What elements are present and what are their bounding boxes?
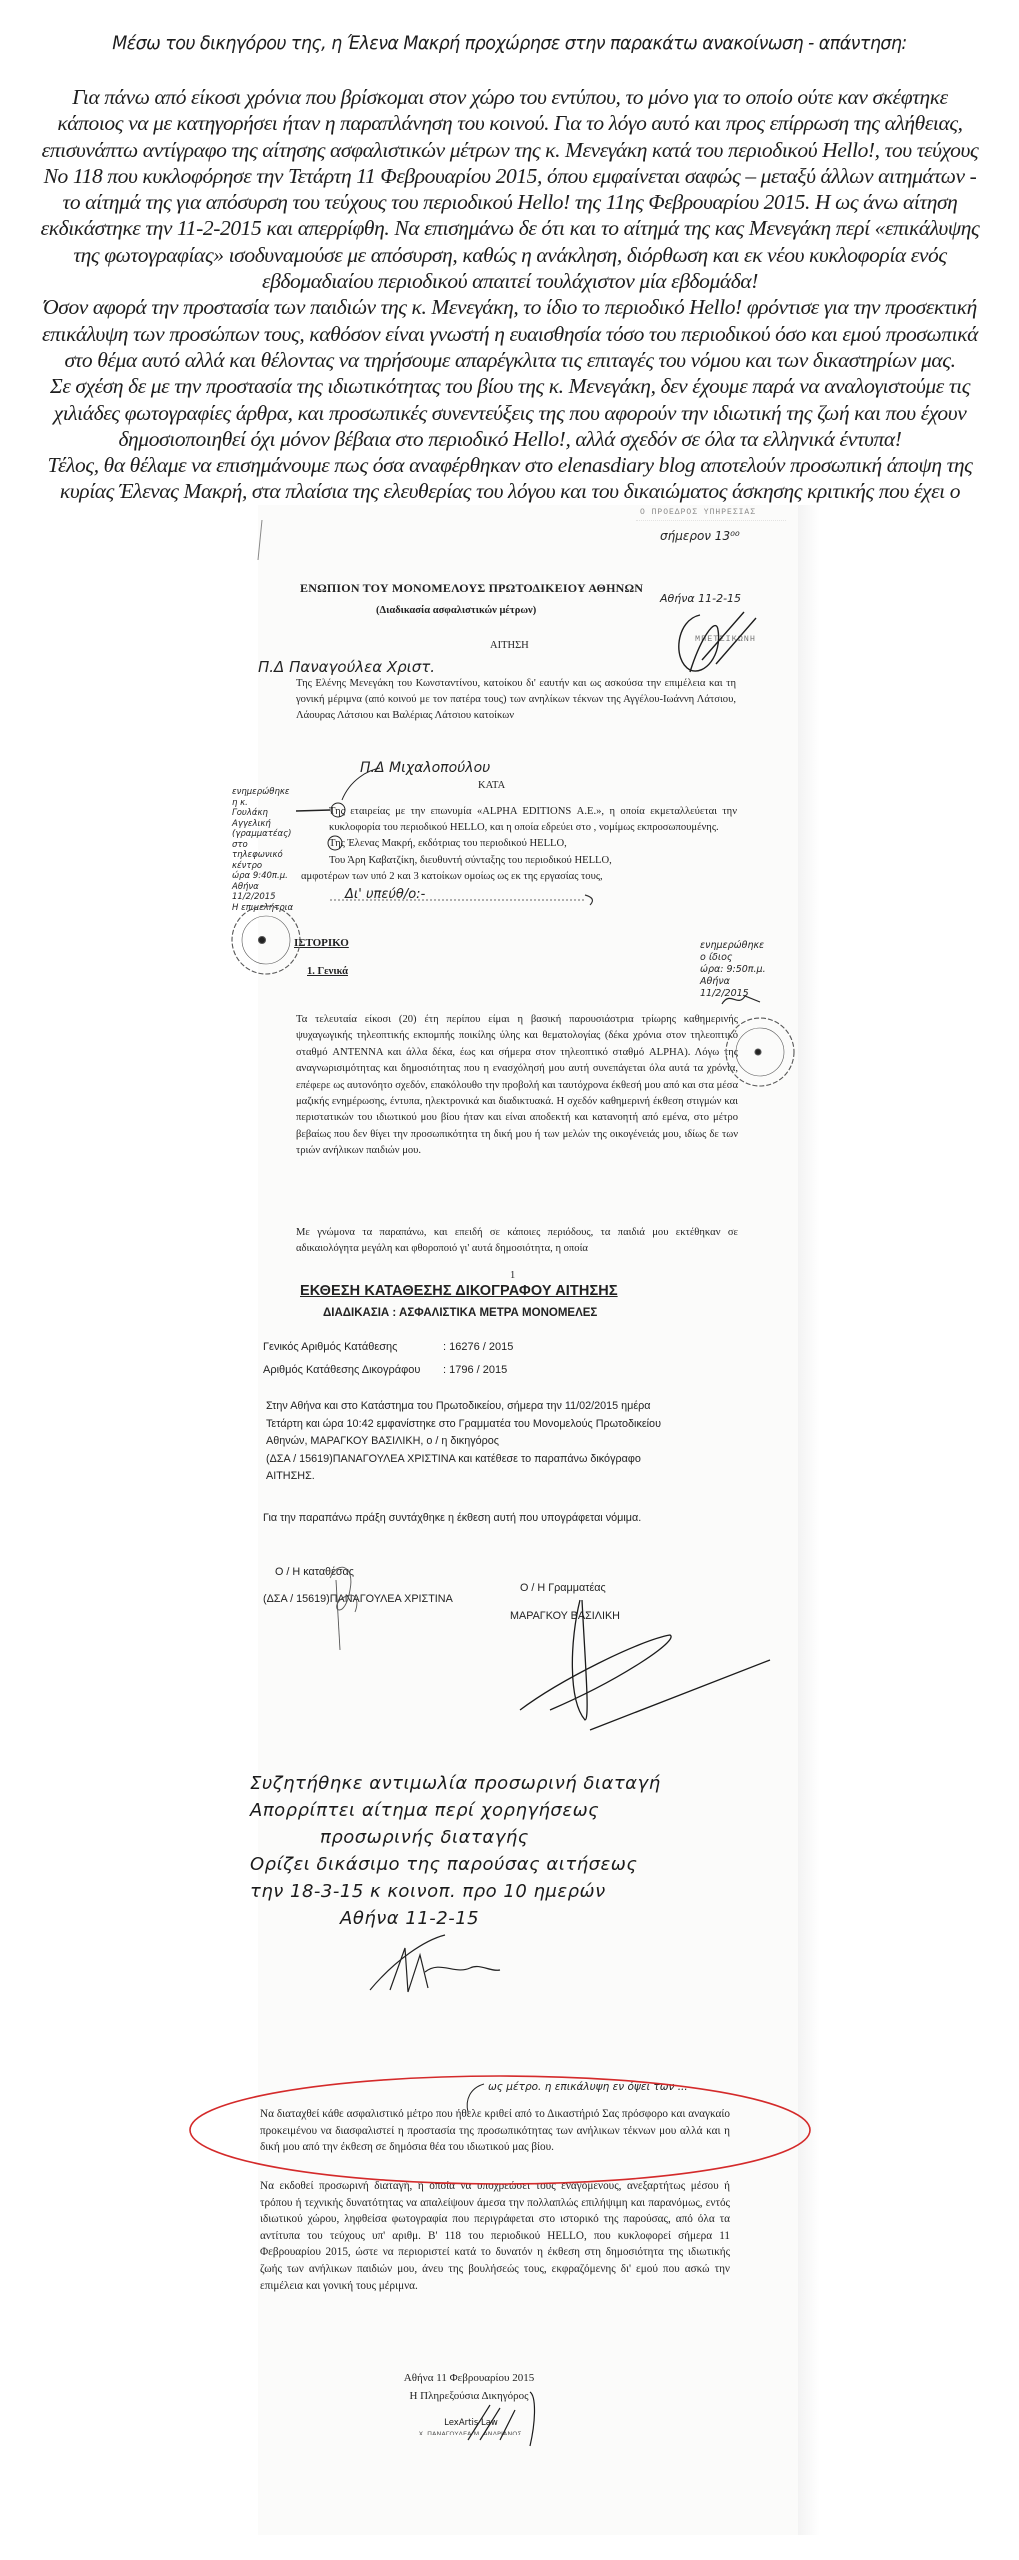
side-note-line: στο τηλεφωνικό — [232, 840, 298, 861]
right-note-line: ο ίδιος — [700, 952, 790, 964]
side-note-line: ώρα 9:40π.μ. — [232, 871, 298, 882]
document-type: ΑΙΤΗΣΗ — [490, 640, 529, 651]
statement-paragraph: Σε σχέση δε με την προστασία της ιδιωτικ… — [40, 373, 980, 452]
decision-line: Συζητήθηκε αντιμωλία προσωρινή διαταγή — [250, 1770, 610, 1797]
respondent-1: Της εταιρείας με την επωνυμία «ALPHA EDI… — [329, 804, 737, 836]
side-note-line: Η επιμελήτρια — [232, 903, 298, 914]
field-value: : 16276 / 2015 — [443, 1341, 513, 1353]
right-note-line: 11/2/2015 — [700, 988, 790, 1000]
filing-report-body: Στην Αθήνα και στο Κατάστημα του Πρωτοδι… — [266, 1398, 706, 1486]
prayer-paragraph-2: Να εκδοθεί προσωρινή διαταγή, η οποία να… — [260, 2178, 730, 2294]
stamp-handwriting-date: Αθήνα 11-2-15 — [660, 592, 741, 605]
report-line: Αθηνών, ΜΑΡΑΓΚΟΥ ΒΑΣΙΛΙΚΗ, ο / η δικηγόρ… — [266, 1433, 706, 1451]
prayer-paragraph-1: Να διαταχθεί κάθε ασφαλιστικό μέτρο που … — [260, 2106, 730, 2156]
decision-line: Ορίζει δικάσιμο της παρούσας αιτήσεως — [250, 1851, 610, 1878]
clerk-name: ΜΑΡΑΓΚΟΥ ΒΑΣΙΛΙΚΗ — [510, 1610, 620, 1622]
side-note-line: Γουλάκη — [232, 808, 298, 819]
report-line: (ΔΣΑ / 15619)ΠΑΝΑΓΟΥΛΕΑ ΧΡΙΣΤΙΝΑ και κατ… — [266, 1451, 706, 1469]
court-title: ΕΝΩΠΙΟΝ ΤΟΥ ΜΟΝΟΜΕΛΟΥΣ ΠΡΩΤΟΔΙΚΕΙΟΥ ΑΘΗΝ… — [300, 581, 643, 596]
stamp-handwriting-time: σήμερον 13⁰⁰ — [660, 529, 740, 543]
petitioner-block: Της Ελένης Μενεγάκη του Κωνσταντίνου, κα… — [296, 676, 736, 725]
decision-line: την 18-3-15 κ κοινοπ. προ 10 ημερών — [250, 1878, 610, 1905]
stamp-signatory: ΜΠΕΤΣΙΚΩΝΗ — [695, 634, 756, 644]
field-value: : 1796 / 2015 — [443, 1364, 507, 1376]
clerk-label: Ο / Η Γραμματέας — [520, 1582, 606, 1594]
section-history: ΙΣΤΟΡΙΚΟ — [294, 937, 349, 949]
right-note-line: ώρα: 9:50π.μ. — [700, 964, 790, 976]
handwritten-court-decision: Συζητήθηκε αντιμωλία προσωρινή διαταγή Α… — [250, 1770, 610, 1932]
report-line: ΑΙΤΗΣΗΣ. — [266, 1468, 706, 1486]
side-note-line: (γραμματέας) — [232, 829, 298, 840]
handwritten-side-note: ενημερώθηκε η κ. Γουλάκη Αγγελική (γραμμ… — [232, 787, 298, 913]
respondent-3: Του Άρη Καβατζίκη, διευθυντή σύνταξης το… — [329, 853, 737, 869]
handwritten-lawyer-note: Π.Δ Παναγούλεα Χριστ. — [258, 658, 435, 676]
handwritten-respondent-lawyer: Π.Δ Μιχαλοπούλου — [360, 760, 490, 776]
statement-paragraph: Για πάνω από είκοσι χρόνια που βρίσκομαι… — [40, 84, 980, 294]
filing-field-document-number: Αριθμός Κατάθεσης Δικογράφου: 1796 / 201… — [263, 1364, 507, 1376]
side-note-line: η κ. — [232, 798, 298, 809]
law-firm-stamp: LexArtis Law — [426, 2418, 516, 2428]
respondents-list: Της εταιρείας με την επωνυμία «ALPHA EDI… — [329, 804, 737, 885]
field-label: Γενικός Αριθμός Κατάθεσης — [263, 1341, 443, 1353]
report-line: Τετάρτη και ώρα 10:42 εμφανίστηκε στο Γρ… — [266, 1416, 706, 1434]
filing-report-note: Για την παραπάνω πράξη συντάχθηκε η έκθε… — [263, 1512, 641, 1524]
history-paragraph-1: Τα τελευταία είκοσι (20) έτη περίπου είμ… — [296, 1012, 738, 1160]
side-note-line: Αθήνα 11/2/2015 — [232, 882, 298, 903]
side-note-line: Αγγελική — [232, 819, 298, 830]
decision-line: Αθήνα 11-2-15 — [250, 1905, 610, 1932]
filing-report-subtitle: ΔΙΑΔΙΚΑΣΙΑ : ΑΣΦΑΛΙΣΤΙΚΑ ΜΕΤΡΑ ΜΟΝΟΜΕΛΕΣ — [323, 1307, 597, 1319]
section-general: 1. Γενικά — [307, 966, 348, 977]
court-subtitle: (Διαδικασία ασφαλιστικών μέτρων) — [376, 605, 536, 616]
statement-headline: Μέσω του δικηγόρου της, η Έλενα Μακρή πρ… — [41, 32, 978, 54]
respondent-2: Της Έλενας Μακρή, εκδότριας του περιοδικ… — [329, 836, 737, 852]
closing-date: Αθήνα 11 Φεβρουαρίου 2015 — [394, 2372, 544, 2384]
filing-field-general-number: Γενικός Αριθμός Κατάθεσης: 16276 / 2015 — [263, 1341, 513, 1353]
scan-edge-shadow — [798, 505, 820, 2535]
press-statement: Για πάνω από είκοσι χρόνια που βρίσκομαι… — [40, 84, 980, 531]
closing-role: Η Πληρεξούσια Δικηγόρος — [394, 2390, 544, 2402]
statement-paragraph: Όσον αφορά την προστασία των παιδιών της… — [40, 294, 980, 373]
right-note-line: ενημερώθηκε — [700, 940, 790, 952]
page-number: 1 — [510, 1270, 515, 1281]
versus-label: ΚΑΤΑ — [478, 780, 505, 791]
depositor-label: Ο / Η καταθέσας — [275, 1566, 354, 1578]
handwritten-right-note: ενημερώθηκε ο ίδιος ώρα: 9:50π.μ. Αθήνα … — [700, 940, 790, 1000]
filing-report-title: ΕΚΘΕΣΗ ΚΑΤΑΘΕΣΗΣ ΔΙΚΟΓΡΑΦΟΥ ΑΙΤΗΣΗΣ — [300, 1283, 618, 1299]
respondents-residence: αμφοτέρων των υπό 2 και 3 κατοίκων ομοίω… — [301, 869, 737, 885]
report-line: Στην Αθήνα και στο Κατάστημα του Πρωτοδι… — [266, 1398, 706, 1416]
law-firm-partners: Χ. ΠΑΝΑΓΟΥΛΕΑ Μ. ΑΝΔΡΙΑΝΟΣ — [400, 2430, 540, 2435]
handwritten-summons-note: Δι' υπεύθ/ο:- — [345, 887, 425, 902]
field-label: Αριθμός Κατάθεσης Δικογράφου — [263, 1364, 443, 1376]
decision-line: Απορρίπτει αίτημα περί χορηγήσεως — [250, 1797, 610, 1824]
court-stamp-header: Ο ΠΡΟΕΔΡΟΣ ΥΠΗΡΕΣΙΑΣ — [640, 508, 756, 517]
side-note-line: κέντρο — [232, 861, 298, 872]
right-note-line: Αθήνα — [700, 976, 790, 988]
handwritten-prayer-note: ως μέτρο. η επικάλυψη εν όψει των ... — [488, 2081, 688, 2093]
history-paragraph-2: Με γνώμονα τα παραπάνω, και επειδή σε κά… — [296, 1225, 738, 1258]
side-note-line: ενημερώθηκε — [232, 787, 298, 798]
decision-line: προσωρινής διαταγής — [250, 1824, 610, 1851]
depositor-name: (ΔΣΑ / 15619)ΠΑΝΑΓΟΥΛΕΑ ΧΡΙΣΤΙΝΑ — [263, 1593, 453, 1605]
